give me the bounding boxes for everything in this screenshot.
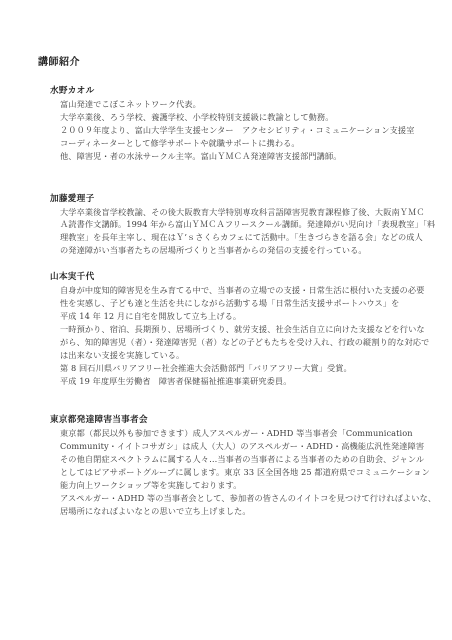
body-line: は出来ない支援を実施している。 (60, 349, 422, 362)
section-heading: 水野カオル (50, 85, 422, 98)
section-body: 東京都（都民以外も参加できます）成人アスペルガー・ADHD 等当事者会「Comm… (60, 427, 422, 517)
sections-container: 水野カオル 富山発達でこぼこネットワーク代表。 大学卒業後、ろう学校、養護学校、… (50, 85, 422, 518)
body-line: 他、障害児・者の水泳サークル主宰。富山ＹＭＣＡ発達障害支援部門講師。 (60, 150, 422, 163)
body-line: その他自閉症スペクトラムに属する人々…当事者の当事者による当事者のための自助会、… (60, 453, 422, 466)
body-line: アスペルガー・ADHD 等の当事者会として、参加者の皆さんのイイトコを見つけて行… (60, 492, 422, 505)
section-yamamoto: 山本実千代 自身が中度知的障害児を生み育てる中で、当事者の立場での支援・日常生活… (50, 271, 422, 387)
body-line: 居場所になればよいなとの思いで立ち上げました。 (60, 505, 422, 518)
section-heading: 東京都発達障害当事者会 (50, 414, 422, 427)
body-line: 一時預かり、宿泊、長期預り、居場所づくり、就労支援、社会生活自立に向けた支援など… (60, 323, 422, 336)
body-line: ２００９年度より、富山大学学生支援センター アクセシビリティ・コミュニケーション… (60, 124, 422, 137)
section-tokyo-tojisha-kai: 東京都発達障害当事者会 東京都（都民以外も参加できます）成人アスペルガー・ADH… (50, 414, 422, 517)
body-line: としてはピアサポートグループに属します。東京 33 区全国各地 25 都道府県で… (60, 466, 422, 479)
body-line: の発達障がい当事者たちの居場所づくりと当事者からの発信の支援を行っている。 (60, 244, 422, 257)
body-line: 自身が中度知的障害児を生み育てる中で、当事者の立場での支援・日常生活に根付いた支… (60, 284, 422, 297)
body-line: 平成 19 年度厚生労働省 障害者保健福祉推進事業研究委員。 (60, 375, 422, 388)
body-line: 大学卒業後、ろう学校、養護学校、小学校特別支援級に教諭として勤務。 (60, 111, 422, 124)
section-body: 自身が中度知的障害児を生み育てる中で、当事者の立場での支援・日常生活に根付いた支… (60, 284, 422, 387)
document-title: 講師紹介 (38, 57, 452, 69)
body-line: がら、知的障害児（者）・発達障害児（者）などの子どもたちを受け入れ、行政の縦割り… (60, 336, 422, 349)
section-heading: 山本実千代 (50, 271, 422, 284)
section-body: 富山発達でこぼこネットワーク代表。 大学卒業後、ろう学校、養護学校、小学校特別支… (60, 98, 422, 163)
section-mizuno: 水野カオル 富山発達でこぼこネットワーク代表。 大学卒業後、ろう学校、養護学校、… (50, 85, 422, 163)
body-line: 第 8 回石川県バリアフリー社会推進大会活動部門「バリアフリー大賞」受賞。 (60, 362, 422, 375)
section-kato: 加藤愛理子 大学卒業後盲学校教諭、その後大阪教育大学特別専攻科言語障害児教育課程… (50, 193, 422, 258)
body-line: 平成 14 年 12 月に自宅を開放して立ち上げる。 (60, 310, 422, 323)
body-line: コーディネーターとして修学サポートや就職サポートに携わる。 (60, 137, 422, 150)
section-body: 大学卒業後盲学校教諭、その後大阪教育大学特別専攻科言語障害児教育課程修了後、大阪… (60, 206, 422, 258)
body-line: Ａ読書作文講師。1994 年から富山ＹＭＣＡフリースクール講師。発達障がい児向け… (60, 218, 422, 231)
body-line: Community・イイトコサガシ」は成人（大人）のアスペルガー・ADHD・高機… (60, 440, 422, 453)
section-heading: 加藤愛理子 (50, 193, 422, 206)
body-line: 大学卒業後盲学校教諭、その後大阪教育大学特別専攻科言語障害児教育課程修了後、大阪… (60, 206, 422, 219)
body-line: 性を実感し、子ども達と生活を共にしながら活動する場「日常生活支援サポートハウス」… (60, 297, 422, 310)
body-line: 能力向上ワークショップ等を実施しております。 (60, 479, 422, 492)
body-line: 東京都（都民以外も参加できます）成人アスペルガー・ADHD 等当事者会「Comm… (60, 427, 422, 440)
document-page: 講師紹介 水野カオル 富山発達でこぼこネットワーク代表。 大学卒業後、ろう学校、… (0, 0, 452, 640)
body-line: 富山発達でこぼこネットワーク代表。 (60, 98, 422, 111)
body-line: 理教室」を長年主宰し、現在はＹ’ｓさくらカフェにて活動中。「生きづらきを語る会」… (60, 231, 422, 244)
